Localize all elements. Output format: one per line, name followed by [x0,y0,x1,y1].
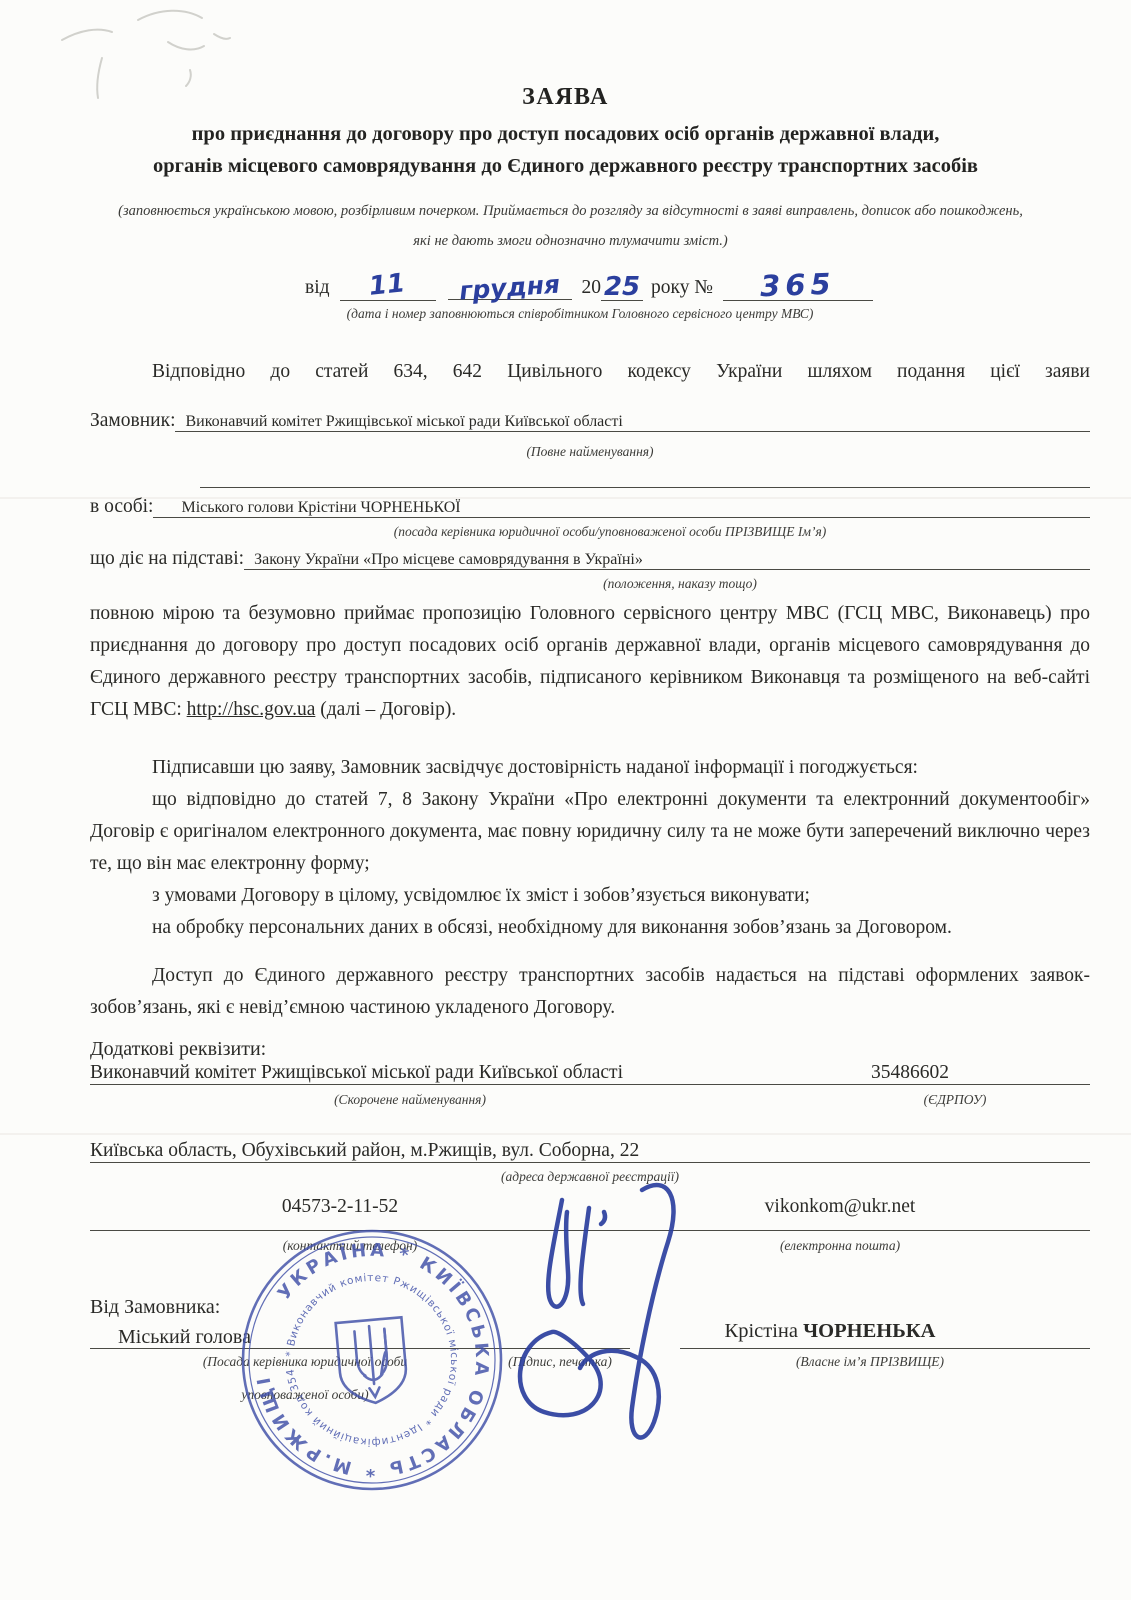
edrpou-caption: (ЄДРПОУ) [860,1092,1050,1108]
pidstava-label: що діє на підставі: [90,548,244,570]
handwritten-signature [492,1172,712,1472]
date-caption: (дата і номер заповнюються співробітнико… [240,306,920,322]
date-year-hand-value: 25 [604,272,640,302]
fold-crease [0,1133,1131,1135]
short-name-row: Виконавчий комітет Ржищівської міської р… [90,1062,1090,1085]
agreement-item-3: на обробку персональних даних в обсязі, … [90,912,1090,944]
name-line [680,1348,1090,1349]
trident-icon [336,1317,409,1405]
svg-text:УКРАЇНА * КИЇВСЬКА ОБЛАСТЬ: УКРАЇНА * КИЇВСЬКА ОБЛАСТЬ * М.РЖИЩІВ * [227,1215,502,1492]
acceptance-text-after: (далі – Договір). [315,699,456,720]
name-caption: (Власне ім’я ПРІЗВИЩЕ) [720,1354,1020,1370]
date-month-blank: грудня [448,270,572,300]
note-line-2: які не дають змоги однозначно тлумачити … [70,226,1071,256]
date-number-blank: 365 [723,266,873,301]
filling-note: (заповнюється українською мовою, розбірл… [70,196,1071,256]
address-value: Київська область, Обухівський район, м.Р… [90,1140,639,1162]
access-paragraph: Доступ до Єдиного державного реєстру тра… [90,960,1090,1024]
subtitle-line-2: органів місцевого самоврядування до Єдин… [40,150,1091,182]
acceptance-paragraph: повною мірою та безумовно приймає пропоз… [90,598,1090,726]
date-day-value: 11 [368,268,407,302]
continuation-line [200,487,1090,488]
agreement-block: Підписавши цю заяву, Замовник засвідчує … [90,752,1090,944]
v-osobi-value: Міського голови Крістіни ЧОРНЕНЬКОЇ [153,499,1090,518]
date-year-printed: 20 [582,277,602,299]
date-suffix: року № [651,277,713,299]
document-title: ЗАЯВА [0,84,1131,111]
v-osobi-caption: (посада керівника юридичної особи/уповно… [330,524,890,540]
date-prefix: від [305,277,330,299]
date-year-blank: 25 [601,270,643,301]
requisites-heading: Додаткові реквізити: [90,1038,266,1061]
signer-last-name: ЧОРНЕНЬКА [803,1320,935,1342]
short-name-value: Виконавчий комітет Ржищівської міської р… [90,1062,825,1084]
position-title: Міський голова [118,1326,251,1349]
date-month-value: грудня [458,270,561,306]
short-name-caption: (Скорочене найменування) [200,1092,620,1108]
agreement-item-2: з умовами Договору в цілому, усвідомлює … [90,880,1090,912]
official-stamp: УКРАЇНА * КИЇВСЬКА ОБЛАСТЬ * М.РЖИЩІВ * … [227,1215,517,1505]
hsc-website-link: http://hsc.gov.ua [187,699,316,720]
document-page: ЗАЯВА про приєднання до договору про дос… [0,0,1131,1600]
from-customer-label: Від Замовника: [90,1296,220,1319]
zamovnyk-row: Замовник: Виконавчий комітет Ржищівської… [90,410,1090,432]
pidstava-value: Закону України «Про місцеве самоврядуван… [244,551,1090,570]
signer-first-name: Крістіна [725,1320,798,1342]
zamovnyk-label: Замовник: [90,410,175,432]
email-caption: (електронна пошта) [690,1238,990,1254]
v-osobi-label: в особі: [90,496,153,518]
note-line-1: (заповнюється українською мовою, розбірл… [70,196,1071,226]
stamp-outer-text: УКРАЇНА * КИЇВСЬКА ОБЛАСТЬ * М.РЖИЩІВ * [227,1215,502,1492]
pidstava-caption: (положення, наказу тощо) [500,576,860,592]
subtitle-line-1: про приєднання до договору про доступ по… [40,118,1091,150]
zamovnyk-caption: (Повне найменування) [300,444,880,460]
document-subtitle: про приєднання до договору про доступ по… [40,118,1091,182]
agreement-intro: Підписавши цю заяву, Замовник засвідчує … [90,752,1090,784]
date-row: від 11 грудня 20 25 року № 365 [305,266,873,301]
address-row: Київська область, Обухівський район, м.Р… [90,1140,1090,1163]
zamovnyk-value: Виконавчий комітет Ржищівської міської р… [175,413,1090,432]
pidstava-row: що діє на підставі: Закону України «Про … [90,548,1090,570]
agreement-item-1: що відповідно до статей 7, 8 Закону Укра… [90,784,1090,880]
intro-paragraph: Відповідно до статей 634, 642 Цивільного… [90,356,1090,388]
v-osobi-row: в особі: Міського голови Крістіни ЧОРНЕН… [90,496,1090,518]
edrpou-value: 35486602 [825,1062,995,1084]
date-day-blank: 11 [340,270,436,301]
date-number-value: 365 [760,267,837,304]
